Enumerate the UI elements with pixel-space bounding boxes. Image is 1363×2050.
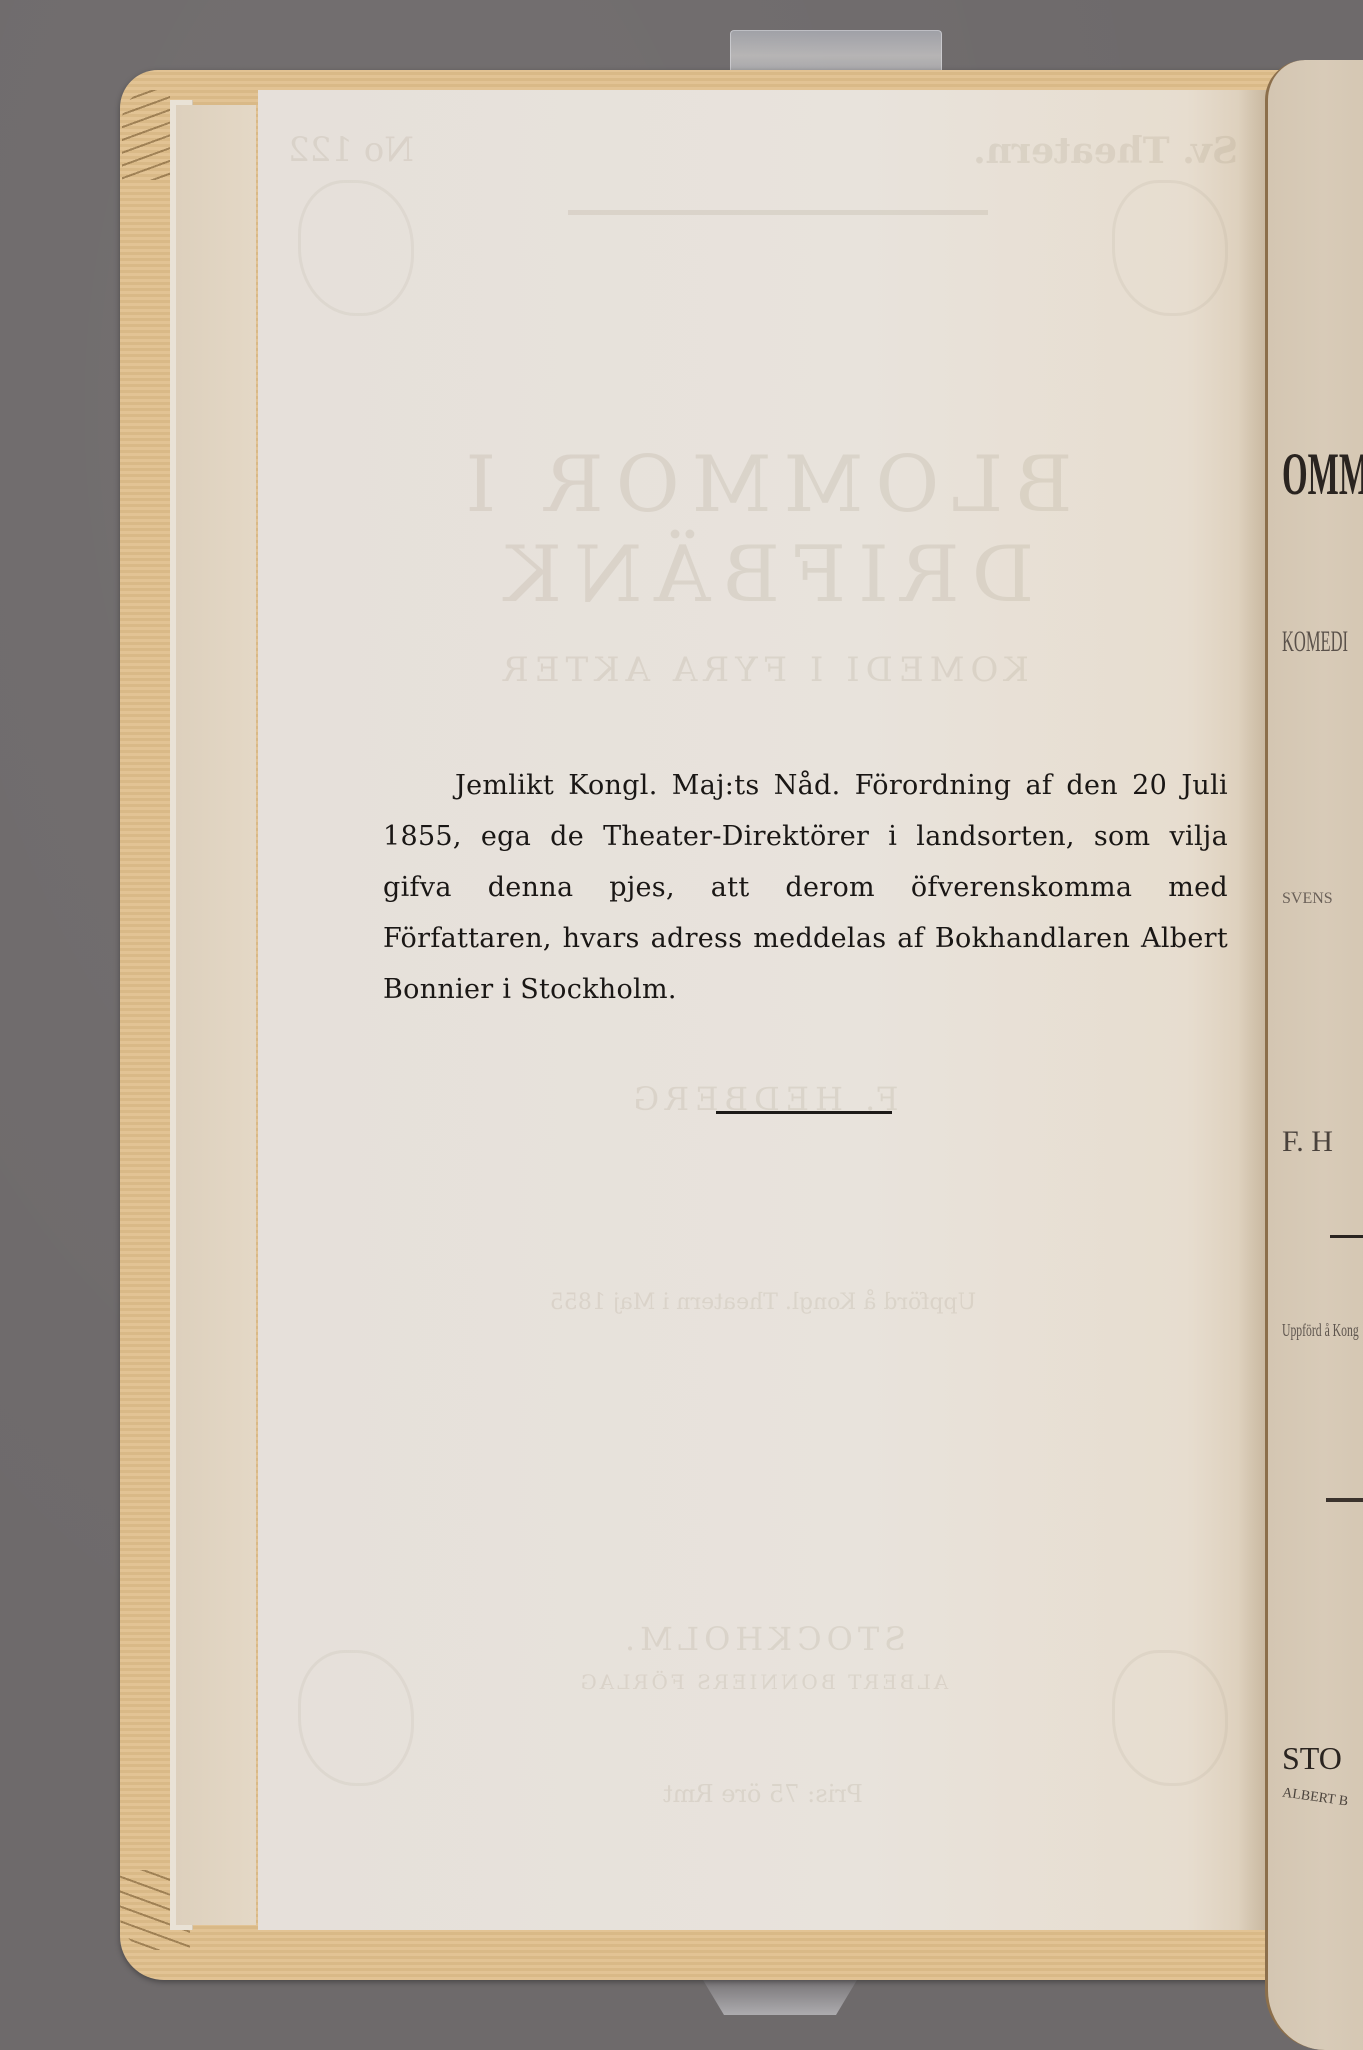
adjacent-language-fragment: SVENS	[1282, 890, 1333, 908]
flyleaf-edge	[176, 105, 256, 1925]
page-gutter-shadow	[1238, 90, 1268, 1930]
ghost-performance-note: Uppförd å Kongl. Theatern i Maj 1855	[258, 1290, 1268, 1315]
ghost-series: Sv. Theatern.	[818, 130, 1238, 172]
ornament-icon	[298, 1650, 414, 1786]
book-page: Sv. Theatern. No 122 BLOMMOR I DRIFBÄNK …	[258, 90, 1268, 1930]
adjacent-author-fragment: F. H	[1282, 1125, 1333, 1159]
binding-fray-top-left	[122, 90, 170, 180]
closing-rule	[716, 1111, 892, 1114]
adjacent-title-fragment: OMMOR	[1282, 440, 1363, 509]
adjacent-note-fragment: Uppförd å Kong	[1282, 1320, 1359, 1341]
ornament-icon	[1112, 1650, 1228, 1786]
bottom-plastic-clip	[700, 1975, 860, 2015]
adjacent-rule-ornament	[1326, 1498, 1363, 1502]
ghost-price: Pris: 75 öre Rmt	[258, 1780, 1268, 1808]
ornament-icon	[1112, 180, 1228, 316]
ghost-number: No 122	[288, 130, 488, 170]
ghost-publisher: ALBERT BONNIERS FÖRLAG	[258, 1670, 1268, 1694]
adjacent-city-fragment: STO	[1282, 1740, 1342, 1777]
ornament-icon	[298, 180, 414, 316]
ghost-city: STOCKHOLM.	[258, 1620, 1268, 1658]
adjacent-genre-fragment: KOMEDI	[1282, 625, 1348, 659]
ghost-title: BLOMMOR I DRIFBÄNK	[258, 440, 1268, 620]
adjacent-publisher-fragment: ALBERT B	[1281, 1785, 1349, 1810]
adjacent-page-edge: OMMOR KOMEDI SVENS F. H Uppförd å Kong S…	[1265, 60, 1363, 2050]
adjacent-rule	[1330, 1235, 1363, 1238]
ghost-subtitle: KOMEDI I FYRA AKTER	[258, 650, 1268, 690]
notice-paragraph: Jemlikt Kongl. Maj:ts Nåd. Förordning af…	[383, 760, 1228, 1015]
ghost-rule	[568, 210, 988, 215]
performance-rights-notice: Jemlikt Kongl. Maj:ts Nåd. Förordning af…	[383, 760, 1228, 1015]
